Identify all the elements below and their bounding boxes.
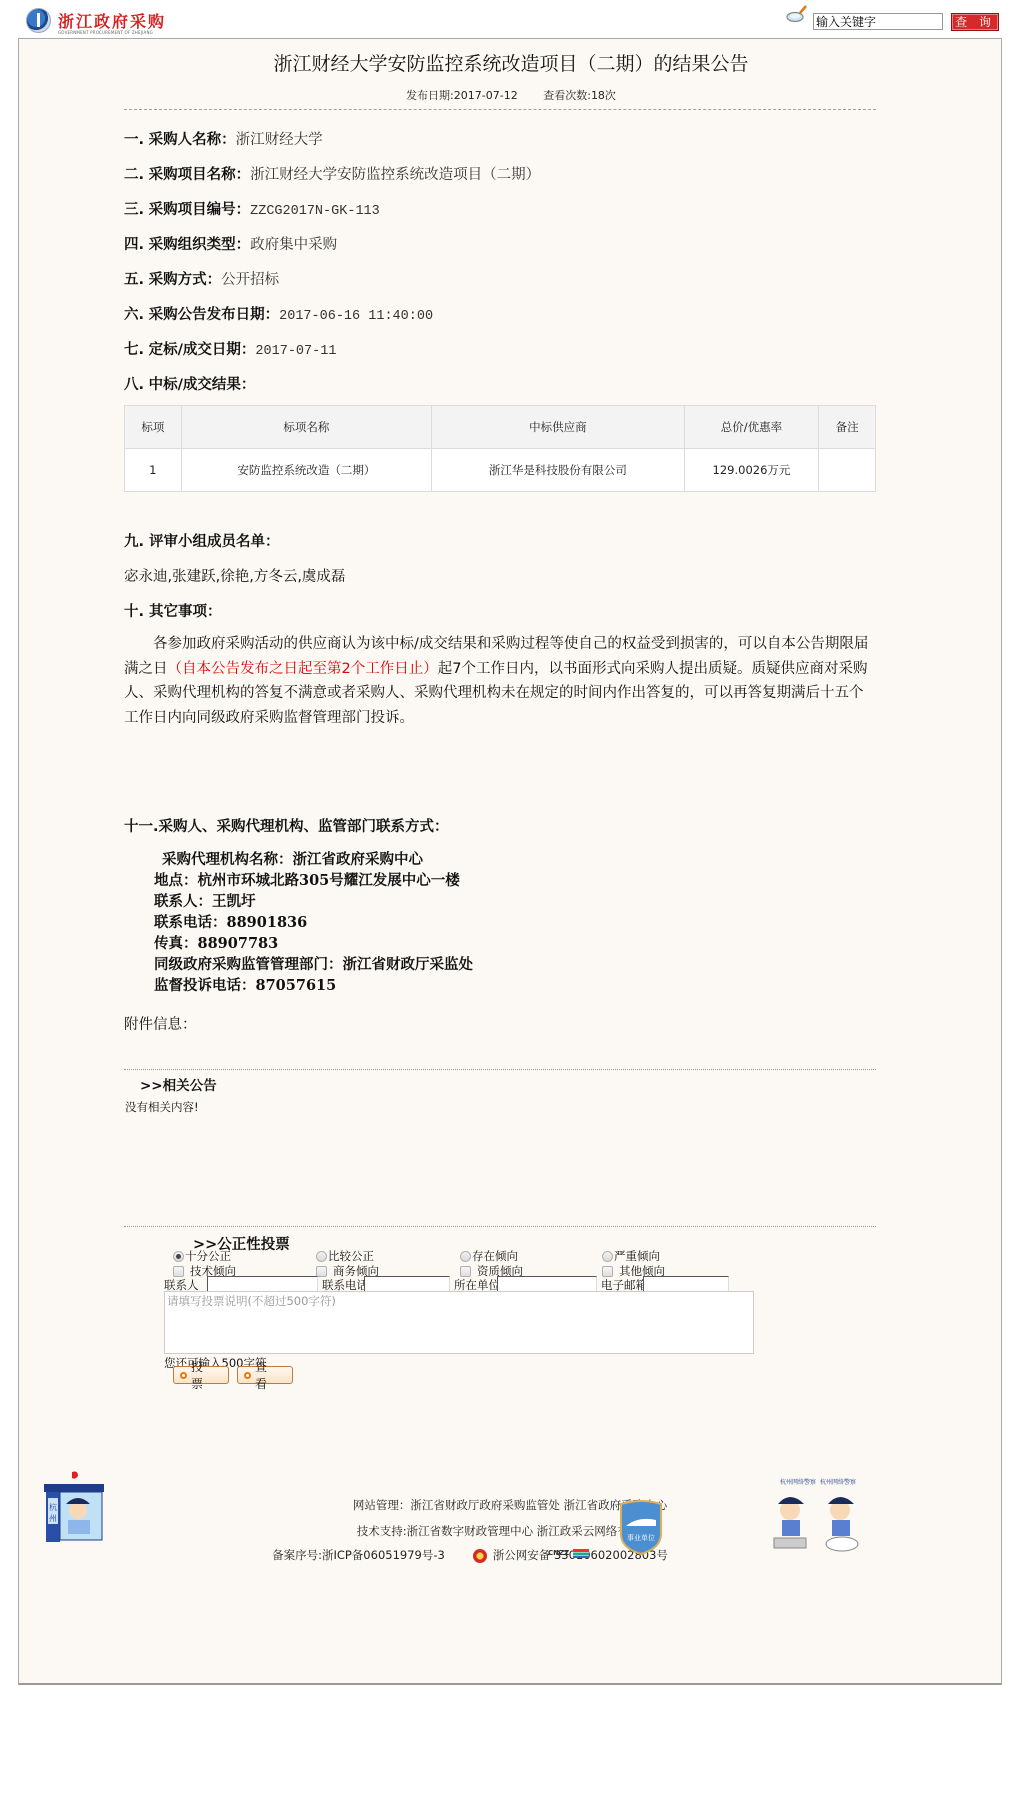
section-label: 采购公告发布日期：	[149, 307, 280, 323]
radio-button[interactable]	[316, 1251, 327, 1262]
radio-biased[interactable]: 存在倾向	[460, 1248, 518, 1264]
publish-date-value: 2017-07-12	[454, 89, 518, 102]
public-security-emblem-icon	[473, 1549, 487, 1563]
checkbox[interactable]	[173, 1266, 184, 1277]
view-count-value: 18次	[591, 89, 616, 102]
col-header: 中标供应商	[432, 406, 685, 449]
section-value: ZZCG2017N-GK-113	[250, 204, 380, 219]
vote-button[interactable]: 投 票	[173, 1366, 229, 1384]
section-notice-date: 六. 采购公告发布日期：2017-06-16 11:40:00	[124, 303, 433, 324]
search-button[interactable]: 查 询	[951, 13, 999, 31]
col-header: 标项名称	[181, 406, 431, 449]
public-institution-badge-icon[interactable]: 事业单位	[618, 1500, 664, 1556]
winning-supplier: 浙江华是科技股份有限公司	[432, 449, 685, 492]
remarks	[819, 449, 876, 492]
top-bar: 浙江政府采购 GOVERNMENT PROCUREMENT OF ZHEJIAN…	[0, 0, 1020, 38]
section-num: 三.	[124, 202, 144, 218]
section-purchaser: 一. 采购人名称：浙江财经大学	[124, 128, 323, 149]
icp-record-link[interactable]: 备案序号:浙ICP备06051979号-3	[272, 1548, 445, 1562]
radio-severely-biased[interactable]: 严重倾向	[602, 1248, 660, 1264]
section-label: 中标/成交结果：	[149, 377, 256, 393]
radio-label: 比较公正	[328, 1248, 374, 1264]
section-label: 九. 评审小组成员名单：	[124, 534, 280, 550]
table-row: 1 安防监控系统改造（二期） 浙江华是科技股份有限公司 129.0026万元	[125, 449, 876, 492]
vote-button-label: 投 票	[191, 1358, 228, 1392]
section-method: 五. 采购方式：公开招标	[124, 268, 279, 289]
related-notices-empty: 没有相关内容!	[125, 1099, 199, 1115]
radio-very-fair[interactable]: 十分公正	[173, 1248, 231, 1264]
col-header: 标项	[125, 406, 182, 449]
section-num: 七.	[124, 342, 144, 358]
svg-text:杭州网络警察: 杭州网络警察	[780, 1478, 816, 1486]
cnzz-bars-icon	[573, 1549, 589, 1558]
section-value: 浙江财经大学	[236, 132, 323, 148]
divider	[124, 1069, 876, 1070]
bullet-icon	[244, 1372, 251, 1379]
section-value: 浙江财经大学安防监控系统改造项目（二期）	[250, 167, 540, 183]
section-num: 八.	[124, 377, 144, 393]
attachment-label: 附件信息：	[124, 1013, 197, 1034]
lot-name: 安防监控系统改造（二期）	[181, 449, 431, 492]
section-label: 采购组织类型：	[149, 237, 251, 253]
view-count: 查看次数:18次	[543, 89, 616, 102]
view-results-button[interactable]: 查 看	[237, 1366, 293, 1384]
section-label: 定标/成交日期：	[149, 342, 256, 358]
radio-label: 存在倾向	[472, 1248, 518, 1264]
section-contacts-title: 十一.采购人、采购代理机构、监管部门联系方式：	[124, 815, 449, 836]
svg-text:州: 州	[49, 1513, 57, 1523]
article-meta: 发布日期:2017-07-12 查看次数:18次	[19, 87, 1003, 103]
section-label: 十一.采购人、采购代理机构、监管部门联系方式：	[124, 819, 449, 835]
section-num: 五.	[124, 272, 144, 288]
view-button-label: 查 看	[255, 1358, 292, 1392]
radio-label: 严重倾向	[614, 1248, 660, 1264]
keyword-search-input[interactable]	[813, 13, 943, 30]
section-label: 采购人名称：	[149, 132, 236, 148]
section-value: 公开招标	[221, 272, 279, 288]
divider	[124, 1226, 876, 1227]
publish-date-label: 发布日期:	[406, 89, 454, 102]
section-num: 二.	[124, 167, 144, 183]
section-num: 一.	[124, 132, 144, 148]
cyber-police-icon[interactable]: 杭州网络警察 杭州网络警察	[760, 1476, 868, 1556]
other-matters-paragraph: 各参加政府采购活动的供应商认为该中标/成交结果和采购过程等使自己的权益受到损害的…	[124, 632, 876, 730]
view-count-label: 查看次数:	[543, 89, 591, 102]
related-notices-title: >>相关公告	[140, 1074, 217, 1094]
table-header-row: 标项 标项名称 中标供应商 总价/优惠率 备注	[125, 406, 876, 449]
radio-button[interactable]	[173, 1251, 184, 1262]
contact-complaint-phone: 监督投诉电话：87057615	[154, 974, 336, 998]
logo-title: 浙江政府采购	[58, 9, 166, 32]
col-header: 总价/优惠率	[684, 406, 819, 449]
svg-text:杭州网络警察: 杭州网络警察	[820, 1478, 856, 1486]
checkbox[interactable]	[460, 1266, 471, 1277]
section-review-panel-title: 九. 评审小组成员名单：	[124, 530, 280, 551]
section-project-name: 二. 采购项目名称：浙江财经大学安防监控系统改造项目（二期）	[124, 163, 540, 184]
bullet-icon	[180, 1372, 187, 1379]
lot-number: 1	[125, 449, 182, 492]
section-label: 采购项目编号：	[149, 202, 251, 218]
section-award-result: 八. 中标/成交结果：	[124, 373, 255, 394]
section-label: 十. 其它事项：	[124, 604, 222, 620]
cnzz-label: CNZZ	[548, 1549, 569, 1557]
site-logo[interactable]: 浙江政府采购 GOVERNMENT PROCUREMENT OF ZHEJIAN…	[26, 8, 186, 36]
section-project-code: 三. 采购项目编号：ZZCG2017N-GK-113	[124, 198, 380, 219]
col-header: 备注	[819, 406, 876, 449]
publish-date: 发布日期:2017-07-12	[406, 89, 518, 102]
radio-label: 十分公正	[185, 1248, 231, 1264]
section-label: 采购项目名称：	[149, 167, 251, 183]
vote-comment-textarea[interactable]: 请填写投票说明(不超过500字符)	[164, 1291, 754, 1354]
deadline-highlight: （自本公告发布之日起至第2个工作日止）	[168, 661, 438, 677]
section-org-type: 四. 采购组织类型：政府集中采购	[124, 233, 337, 254]
logo-subtitle: GOVERNMENT PROCUREMENT OF ZHEJIANG	[58, 30, 153, 35]
total-price: 129.0026万元	[684, 449, 819, 492]
section-value: 2017-06-16 11:40:00	[279, 309, 433, 324]
magnifier-icon	[786, 5, 808, 23]
emblem-icon	[26, 8, 51, 33]
section-label: 采购方式：	[149, 272, 222, 288]
section-num: 四.	[124, 237, 144, 253]
cnzz-stats-badge[interactable]: CNZZ	[548, 1547, 598, 1559]
section-award-date: 七. 定标/成交日期：2017-07-11	[124, 338, 336, 359]
svg-text:事业单位: 事业单位	[627, 1533, 655, 1542]
section-other-matters-title: 十. 其它事项：	[124, 600, 222, 621]
page-title: 浙江财经大学安防监控系统改造项目（二期）的结果公告	[19, 49, 1003, 76]
section-num: 六.	[124, 307, 144, 323]
radio-button[interactable]	[602, 1251, 613, 1262]
checkbox[interactable]	[316, 1266, 327, 1277]
checkbox[interactable]	[602, 1266, 613, 1277]
section-value: 2017-07-11	[255, 344, 336, 359]
divider	[124, 109, 876, 110]
review-panel-members: 宓永迪,张建跃,徐艳,方冬云,虞成磊	[124, 565, 345, 586]
award-result-table: 标项 标项名称 中标供应商 总价/优惠率 备注 1 安防监控系统改造（二期） 浙…	[124, 405, 876, 492]
radio-fairly-fair[interactable]: 比较公正	[316, 1248, 374, 1264]
radio-button[interactable]	[460, 1251, 471, 1262]
section-value: 政府集中采购	[250, 237, 337, 253]
